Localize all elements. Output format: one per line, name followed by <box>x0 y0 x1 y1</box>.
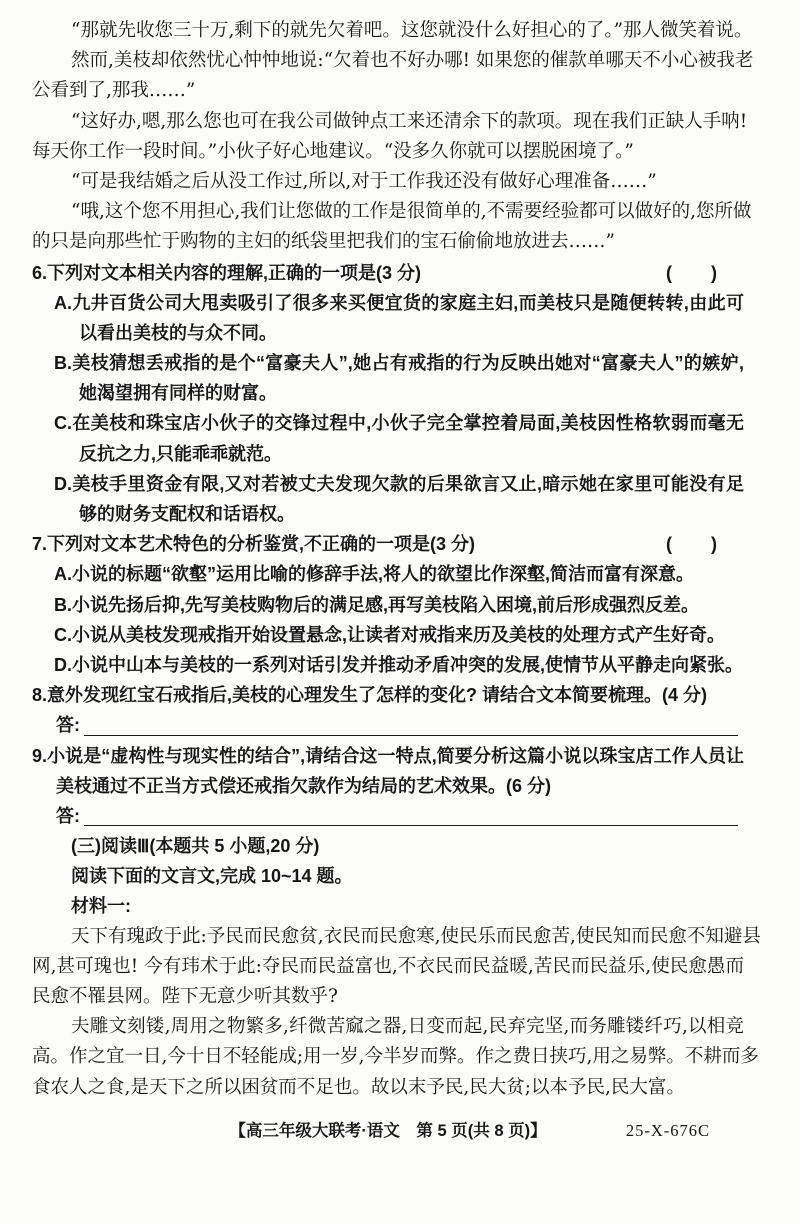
line-text: “这好办,嗯,那么您也可在我公司做钟点工来还清余下的款项。现在我们正缺人手呐! <box>71 111 747 132</box>
line-text: 网,甚可瑰也! 今有玮术于此:夺民而民益富也,不衣民而民益暖,苦民而民益乐,使民… <box>32 956 744 977</box>
answer-blank-underline <box>84 733 738 736</box>
line-text: 夫雕文刻镂,周用之物繁多,纤微苦窳之器,日变而起,民弃完坚,而务雕镂纤巧,以相竞 <box>71 1016 744 1037</box>
line-text: B.小说先扬后抑,先写美枝购物后的满足感,再写美枝陷入困境,前后形成强烈反差。 <box>54 595 699 615</box>
footer-page-info: 【高三年级大联考·语文 第 5 页(共 8 页)】 <box>229 1122 546 1140</box>
line-text: 7.下列对文本艺术特色的分析鉴赏,不正确的一项是(3 分) <box>32 534 475 554</box>
line-text: B.美枝猜想丢戒指的是个“富豪夫人”,她占有戒指的行为反映出她对“富豪夫人”的嫉… <box>54 353 744 373</box>
line-text: “可是我结婚之后从没工作过,所以,对于工作我还没有做好心理准备……” <box>71 171 657 192</box>
text-line: 高。作之宜一日,今十日不轻能成;用一岁,今半岁而弊。作之费日挟巧,用之易弊。不耕… <box>32 1042 744 1072</box>
page-footer: 【高三年级大联考·语文 第 5 页(共 8 页)】 25-X-676C <box>32 1116 744 1146</box>
text-line: 天下有瑰政于此:予民而民愈贫,衣民而民愈寒,使民乐而民愈苦,使民知而民愈不知避县 <box>32 922 744 952</box>
line-text: C.在美枝和珠宝店小伙子的交锋过程中,小伙子完全掌控着局面,美枝因性格软弱而毫无 <box>54 413 744 433</box>
question-6-option-b: B.美枝猜想丢戒指的是个“富豪夫人”,她占有戒指的行为反映出她对“富豪夫人”的嫉… <box>32 348 744 378</box>
line-text: 高。作之宜一日,今十日不轻能成;用一岁,今半岁而弊。作之费日挟巧,用之易弊。不耕… <box>32 1046 759 1067</box>
line-text: 然而,美枝却依然忧心忡忡地说:“欠着也不好办哪! 如果您的催款单哪天不小心被我老 <box>71 50 753 71</box>
answer-bracket: ( ) <box>666 529 718 559</box>
text-line: 她渴望拥有同样的财富。 <box>32 378 744 408</box>
line-text: 答: <box>56 710 80 740</box>
footer-paper-code: 25-X-676C <box>626 1116 710 1146</box>
question-6-option-d: D.美枝手里资金有限,又对若被丈夫发现欠款的后果欲言又止,暗示她在家里可能没有足 <box>32 469 744 499</box>
section-3-header: (三)阅读Ⅲ(本题共 5 小题,20 分) <box>32 831 744 861</box>
line-text: 美枝通过不正当方式偿还戒指欠款作为结局的艺术效果。(6 分) <box>56 776 551 796</box>
line-text: D.美枝手里资金有限,又对若被丈夫发现欠款的后果欲言又止,暗示她在家里可能没有足 <box>54 474 744 494</box>
line-text: (三)阅读Ⅲ(本题共 5 小题,20 分) <box>71 836 319 856</box>
material-1-label: 材料一: <box>32 891 744 921</box>
question-7-option-c: C.小说从美枝发现戒指开始设置悬念,让读者对戒指来历及美枝的处理方式产生好奇。 <box>32 620 744 650</box>
line-text: C.小说从美枝发现戒指开始设置悬念,让读者对戒指来历及美枝的处理方式产生好奇。 <box>54 625 725 645</box>
text-line: “那就先收您三十万,剩下的就先欠着吧。这您就没什么好担心的了。”那人微笑着说。 <box>32 16 744 46</box>
line-text: 每天你工作一段时间。”小伙子好心地建议。“没多久你就可以摆脱困境了。” <box>32 141 634 162</box>
document-lines: “那就先收您三十万,剩下的就先欠着吧。这您就没什么好担心的了。”那人微笑着说。然… <box>32 16 744 1103</box>
question-9-stem: 9.小说是“虚构性与现实性的结合”,请结合这一特点,简要分析这篇小说以珠宝店工作… <box>32 741 744 771</box>
question-6-stem: 6.下列对文本相关内容的理解,正确的一项是(3 分)( ) <box>32 258 744 288</box>
line-text: 的只是向那些忙于购物的主妇的纸袋里把我们的宝石偷偷地放进去……” <box>32 231 615 252</box>
question-7-option-b: B.小说先扬后抑,先写美枝购物后的满足感,再写美枝陷入困境,前后形成强烈反差。 <box>32 590 744 620</box>
line-text: D.小说中山本与美枝的一系列对话引发并推动矛盾冲突的发展,使情节从平静走向紧张。 <box>54 655 743 675</box>
line-text: 材料一: <box>71 896 131 916</box>
text-line: 民愈不罹县网。陛下无意少听其数乎? <box>32 982 744 1012</box>
line-text: 阅读下面的文言文,完成 10~14 题。 <box>71 866 353 886</box>
text-line: 公看到了,那我……” <box>32 76 744 106</box>
question-8-answer-line: 答: <box>32 710 744 740</box>
line-text: 9.小说是“虚构性与现实性的结合”,请结合这一特点,简要分析这篇小说以珠宝店工作… <box>32 746 744 766</box>
exam-page: “那就先收您三十万,剩下的就先欠着吧。这您就没什么好担心的了。”那人微笑着说。然… <box>0 0 800 1224</box>
line-text: 反抗之力,只能乖乖就范。 <box>79 444 282 464</box>
question-7-stem: 7.下列对文本艺术特色的分析鉴赏,不正确的一项是(3 分)( ) <box>32 529 744 559</box>
line-text: 6.下列对文本相关内容的理解,正确的一项是(3 分) <box>32 263 421 283</box>
text-line: 反抗之力,只能乖乖就范。 <box>32 439 744 469</box>
line-text: 公看到了,那我……” <box>32 80 195 101</box>
line-text: 答: <box>56 801 80 831</box>
line-text: 天下有瑰政于此:予民而民愈贫,衣民而民愈寒,使民乐而民愈苦,使民知而民愈不知避县 <box>71 926 761 947</box>
line-text: 够的财务支配权和话语权。 <box>79 504 295 524</box>
question-7-option-a: A.小说的标题“欲壑”运用比喻的修辞手法,将人的欲望比作深壑,简洁而富有深意。 <box>32 559 744 589</box>
text-line: 网,甚可瑰也! 今有玮术于此:夺民而民益富也,不衣民而民益暖,苦民而民益乐,使民… <box>32 952 744 982</box>
line-text: A.小说的标题“欲壑”运用比喻的修辞手法,将人的欲望比作深壑,简洁而富有深意。 <box>54 564 694 584</box>
text-line: 的只是向那些忙于购物的主妇的纸袋里把我们的宝石偷偷地放进去……” <box>32 227 744 257</box>
question-7-option-d: D.小说中山本与美枝的一系列对话引发并推动矛盾冲突的发展,使情节从平静走向紧张。 <box>32 650 744 680</box>
line-text: “那就先收您三十万,剩下的就先欠着吧。这您就没什么好担心的了。”那人微笑着说。 <box>71 20 753 41</box>
question-9-answer-line: 答: <box>32 801 744 831</box>
question-8-stem: 8.意外发现红宝石戒指后,美枝的心理发生了怎样的变化? 请结合文本简要梳理。(4… <box>32 680 744 710</box>
line-text: A.九井百货公司大甩卖吸引了很多来买便宜货的家庭主妇,而美枝只是随便转转,由此可 <box>54 293 744 313</box>
text-line: 夫雕文刻镂,周用之物繁多,纤微苦窳之器,日变而起,民弃完坚,而务雕镂纤巧,以相竞 <box>32 1012 744 1042</box>
text-line: “可是我结婚之后从没工作过,所以,对于工作我还没有做好心理准备……” <box>32 167 744 197</box>
text-line: “这好办,嗯,那么您也可在我公司做钟点工来还清余下的款项。现在我们正缺人手呐! <box>32 107 744 137</box>
line-text: 8.意外发现红宝石戒指后,美枝的心理发生了怎样的变化? 请结合文本简要梳理。(4… <box>32 685 707 705</box>
question-6-option-a: A.九井百货公司大甩卖吸引了很多来买便宜货的家庭主妇,而美枝只是随便转转,由此可 <box>32 288 744 318</box>
section-3-instruction: 阅读下面的文言文,完成 10~14 题。 <box>32 861 744 891</box>
line-text: “哦,这个您不用担心,我们让您做的工作是很简单的,不需要经验都可以做好的,您所做 <box>71 201 751 222</box>
text-line: 食农人之食,是天下之所以困贫而不足也。故以末予民,民大贫;以本予民,民大富。 <box>32 1073 744 1103</box>
text-line: 每天你工作一段时间。”小伙子好心地建议。“没多久你就可以摆脱困境了。” <box>32 137 744 167</box>
line-text: 食农人之食,是天下之所以困贫而不足也。故以末予民,民大贫;以本予民,民大富。 <box>32 1077 685 1098</box>
question-6-option-c: C.在美枝和珠宝店小伙子的交锋过程中,小伙子完全掌控着局面,美枝因性格软弱而毫无 <box>32 408 744 438</box>
text-line: “哦,这个您不用担心,我们让您做的工作是很简单的,不需要经验都可以做好的,您所做 <box>32 197 744 227</box>
text-line: 美枝通过不正当方式偿还戒指欠款作为结局的艺术效果。(6 分) <box>32 771 744 801</box>
text-line: 够的财务支配权和话语权。 <box>32 499 744 529</box>
line-text: 她渴望拥有同样的财富。 <box>79 383 277 403</box>
answer-blank-underline <box>84 823 738 826</box>
line-text: 以看出美枝的与众不同。 <box>79 323 277 343</box>
line-text: 民愈不罹县网。陛下无意少听其数乎? <box>32 986 338 1007</box>
text-line: 然而,美枝却依然忧心忡忡地说:“欠着也不好办哪! 如果您的催款单哪天不小心被我老 <box>32 46 744 76</box>
answer-bracket: ( ) <box>666 258 718 288</box>
text-line: 以看出美枝的与众不同。 <box>32 318 744 348</box>
